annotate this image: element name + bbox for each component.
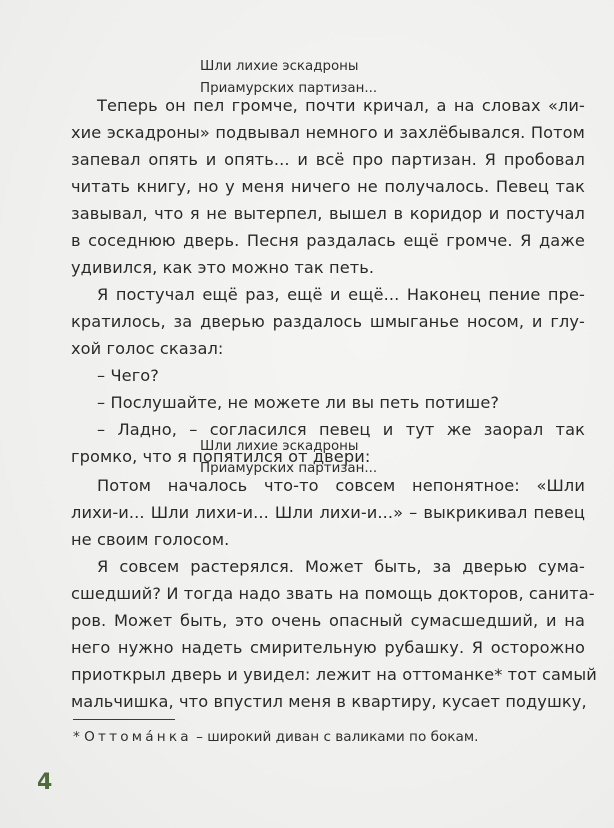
text-line: не своим голосом.: [71, 526, 585, 553]
footnote: * Оттома́нка – широкий диван с валиками …: [73, 727, 478, 747]
text-line: Я постучал ещё раз, ещё и ещё... Наконец…: [71, 281, 585, 308]
text-line: мальчишка, что впустил меня в квартиру, …: [71, 688, 585, 715]
body-text: Потом началось что-то совсем непонятное:…: [71, 472, 585, 715]
text-line: хой голос сказал:: [71, 335, 585, 362]
footnote-definition: – широкий диван с валиками по бокам.: [192, 729, 479, 745]
text-line: Теперь он пел громче, почти кричал, а на…: [71, 92, 585, 119]
footnote-marker: *: [73, 729, 84, 745]
dialogue-line: – Послушайте, не можете ли вы петь потиш…: [71, 389, 585, 416]
text-line: в соседнюю дверь. Песня раздалась ещё гр…: [71, 227, 585, 254]
text-line: приоткрыл дверь и увидел: лежит на оттом…: [71, 661, 585, 688]
book-page: Шли лихие эскадроны Приамурских партизан…: [0, 0, 614, 828]
footnote-term: Оттома́нка: [84, 729, 192, 745]
verse-line: Шли лихие эскадроны: [200, 436, 440, 458]
text-line: кратилось, за дверью раздалось шмыганье …: [71, 308, 585, 335]
text-line: хие эскадроны» подвывал немного и захлёб…: [71, 119, 585, 146]
text-line: Я совсем растерялся. Может быть, за двер…: [71, 553, 585, 580]
page-number: 4: [37, 770, 52, 795]
footnote-divider: [73, 719, 175, 720]
text-line: него нужно надеть смирительную рубашку. …: [71, 634, 585, 661]
text-line: сшедший? И тогда надо звать на помощь до…: [71, 580, 585, 607]
text-line: читать книгу, но у меня ничего не получа…: [71, 173, 585, 200]
text-line: завывал, что я не вытерпел, вышел в кори…: [71, 200, 585, 227]
text-line: Потом началось что-то совсем непонятное:…: [71, 472, 585, 499]
text-line: удивился, как это можно так петь.: [71, 254, 585, 281]
dialogue-line: – Чего?: [71, 362, 585, 389]
text-line: лихи-и... Шли лихи-и... Шли лихи-и...» –…: [71, 499, 585, 526]
text-line: запевал опять и опять... и всё про парти…: [71, 146, 585, 173]
verse-line: Шли лихие эскадроны: [200, 56, 440, 78]
text-line: ров. Может быть, это очень опасный сумас…: [71, 607, 585, 634]
body-text: Теперь он пел громче, почти кричал, а на…: [71, 92, 585, 470]
